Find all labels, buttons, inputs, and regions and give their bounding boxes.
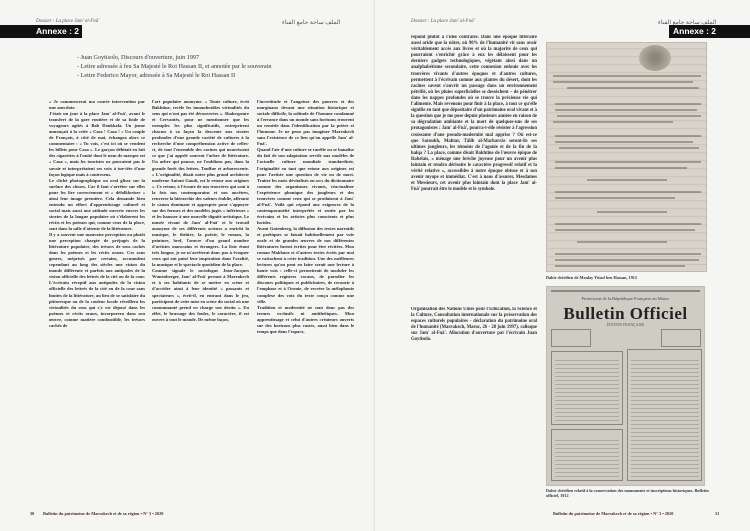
page-number: 30 (30, 511, 34, 516)
text-column-right: répond plutôt à l'idée contraire. Dans u… (411, 35, 537, 285)
bulletin-officiel-image: Protectorat de la République Française a… (546, 286, 705, 486)
paragraph: Quand l'air d'une culture se raréfie ou … (257, 147, 354, 226)
masthead-edition: ÉDITION FRANÇAISE (547, 323, 704, 327)
reference-list: - Juan Goytisolo, Discours d'ouverture, … (77, 53, 271, 80)
folio-title: Bulletin du patrimoine de Marrakech et d… (553, 511, 673, 516)
seal-icon (639, 45, 671, 71)
annex-label: Annexe : 2 (0, 25, 82, 38)
masthead-title: Bulletin Officiel (547, 304, 704, 324)
text-column-3: l'incertitude et l'angoisse des pauvres … (257, 99, 354, 499)
paragraph: Comme signale le sociologue Jean-Jacques… (152, 268, 249, 322)
reference-item: - Juan Goytisolo, Discours d'ouverture, … (77, 53, 271, 62)
page-number: 31 (715, 511, 719, 516)
running-head-arabic: الملف ساحة جامع الفناء (282, 19, 340, 26)
reference-item: - Lettre Federico Mayor, adressée à Sa M… (77, 71, 271, 80)
paragraph: l'incertitude et l'angoisse des pauvres … (257, 99, 354, 147)
paragraph: Organisation des Nations Unies pour l'Ed… (411, 307, 537, 344)
text-column-1: « Je commencerai ma courte intervention … (49, 99, 145, 499)
annex-label: Annexe : 2 (669, 25, 750, 38)
paragraph: Le cliché photographique ou oral glisse … (49, 178, 145, 232)
dahir-document-image (546, 42, 707, 272)
right-page: Dossier : La place Jam' al-Fnâ' الملف سا… (375, 0, 750, 531)
paragraph: J'étais un jour à la place Jam' al-Fnâ',… (49, 111, 145, 178)
paragraph: « Je commencerai ma courte intervention … (49, 99, 145, 111)
text-column-2: l'art populaire anonyme. « Toute culture… (152, 99, 249, 499)
left-page: Dossier : La place Jam' el-Fnâ' الملف سا… (0, 0, 375, 531)
paragraph: répond plutôt à l'idée contraire. Dans u… (411, 35, 537, 193)
running-head: Dossier : La place Jam' el-Fnâ' (36, 19, 99, 24)
figure-caption: Dahir chérifien de Moulay Yûsuf ben Hass… (546, 275, 711, 280)
figure-caption: Dahir chérifien relatif à la conservatio… (546, 488, 711, 498)
paragraph: Tradition et modernité ne sont donc pas … (257, 305, 354, 335)
running-head: Dossier : La place Jam' al-Fnâ' (411, 19, 475, 24)
paragraph: Avant Gutenberg, la diffusion des textes… (257, 226, 354, 305)
paragraph: l'art populaire anonyme. « Toute culture… (152, 99, 249, 268)
paragraph: Il y a souvent une mauvaise perception o… (49, 232, 145, 329)
reference-item: - Lettre adressée à feu Sa Majesté le Ro… (77, 62, 271, 71)
folio-title: Bulletin du patrimoine de Marrakech et d… (43, 511, 163, 516)
masthead-subtitle: Protectorat de la République Française a… (547, 296, 704, 301)
source-note: Organisation des Nations Unies pour l'Ed… (411, 307, 537, 367)
